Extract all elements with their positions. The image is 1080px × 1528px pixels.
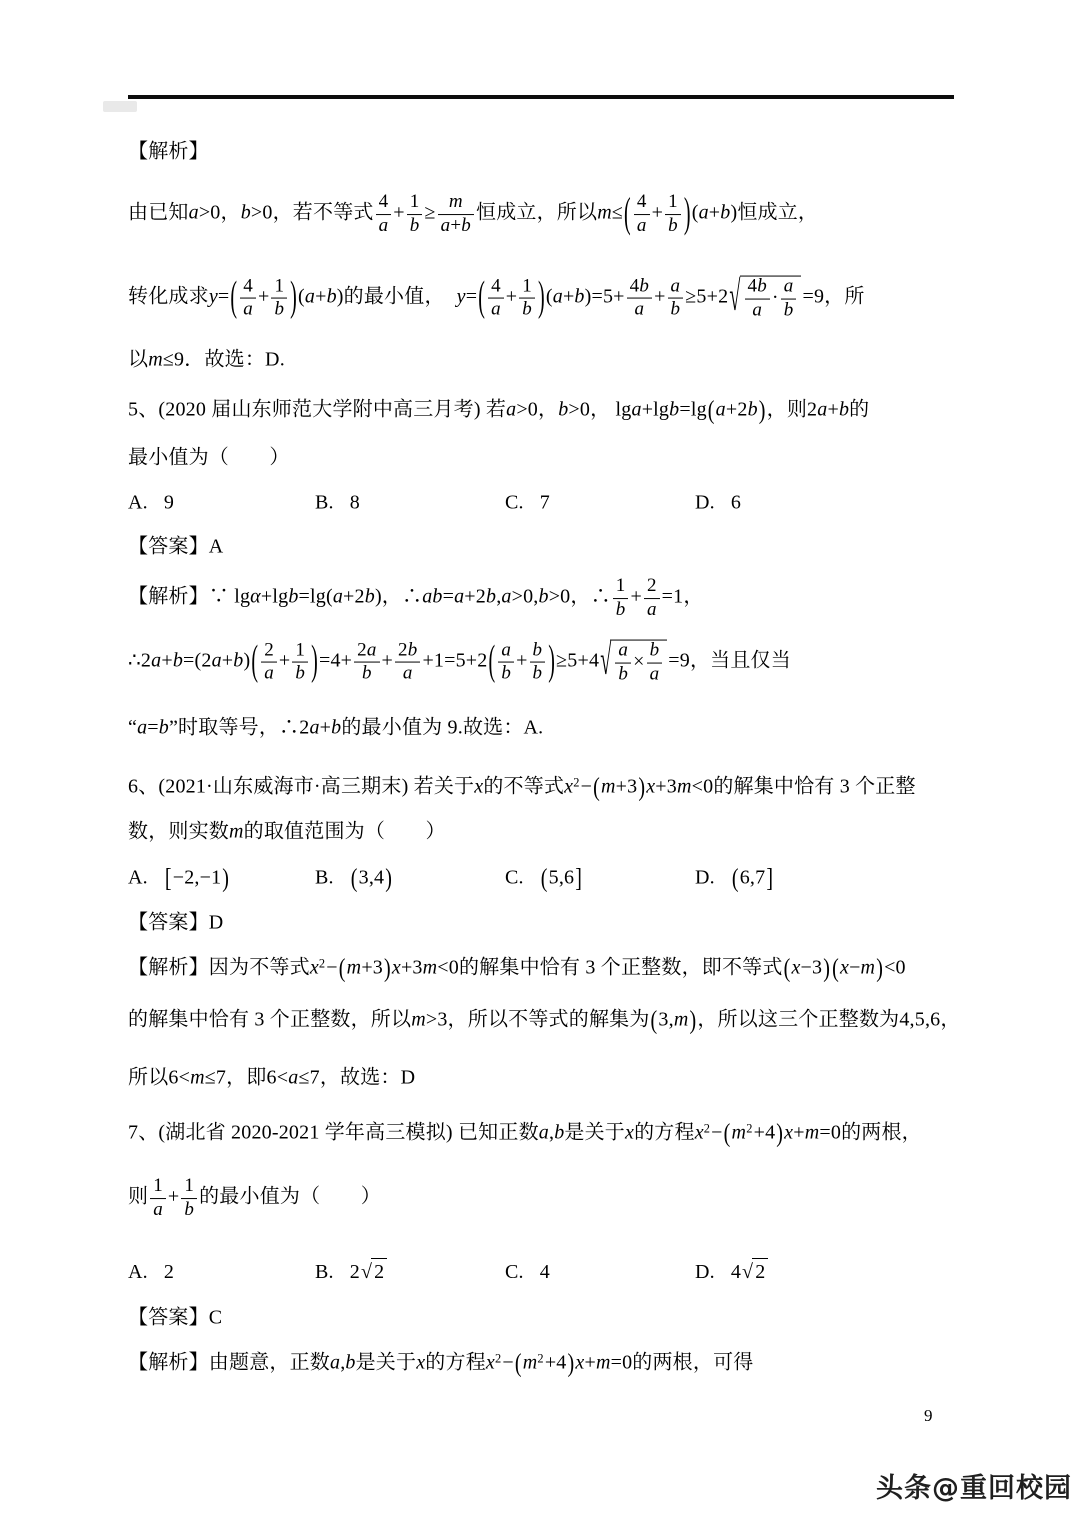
fraction-numerator: 4 xyxy=(488,276,504,298)
q7-statement-line-2: 则1a+1b的最小值为（ ） xyxy=(128,1176,381,1220)
text: 数，则实数 xyxy=(128,821,229,843)
text: ， xyxy=(940,1009,960,1031)
option-a: A.2 xyxy=(128,1259,315,1286)
fraction: bb xyxy=(530,640,546,684)
fraction-numerator: a xyxy=(668,276,684,298)
q5-options: A.9B.8C.7D.6 xyxy=(128,490,741,517)
text: 【解析】∵ lg xyxy=(128,586,250,608)
fraction: ab xyxy=(668,276,684,320)
square-root: √2 xyxy=(742,1258,768,1286)
option-label: C. xyxy=(505,1259,524,1286)
fraction-denominator: a xyxy=(150,1198,166,1220)
text: 最小值为（ ） xyxy=(128,447,290,469)
option-c: C.4 xyxy=(505,1259,695,1286)
text: 的解集中恰有 3 个正整数，所以 xyxy=(128,1009,411,1031)
big-delimiter: ( xyxy=(478,277,485,319)
math-expression: ≥5+4 xyxy=(556,650,599,672)
math-expression: m xyxy=(732,1122,747,1144)
big-delimiter: ) xyxy=(290,277,297,319)
text: 的最小值为（ ） xyxy=(199,1186,381,1208)
math-expression: ∴2a+b=(2a+b) xyxy=(128,650,250,672)
fraction-numerator: 4 xyxy=(240,276,256,298)
fraction: ba xyxy=(647,641,663,685)
fraction: 4a xyxy=(240,276,256,320)
option-label: D. xyxy=(695,865,715,892)
math-expression: −2,−1 xyxy=(173,865,222,892)
big-delimiter: ) xyxy=(823,956,830,982)
option-label: A. xyxy=(128,490,148,517)
big-delimiter: ) xyxy=(689,1008,696,1034)
fraction: 4a xyxy=(488,276,504,320)
text: ，故选：D xyxy=(320,1067,415,1089)
superscript: 2 xyxy=(319,956,325,970)
text: 的方程 xyxy=(425,1352,486,1374)
radicand: 2 xyxy=(752,1258,768,1286)
math-expression: (a+b)=5+ xyxy=(546,286,625,308)
fraction: 4ba xyxy=(745,277,770,321)
text: 的两根， xyxy=(841,1122,922,1144)
fraction-denominator: a xyxy=(376,214,392,236)
math-expression: m xyxy=(229,821,244,843)
text: 的解集中恰有 3 个正整数，即不等式 xyxy=(459,957,783,979)
math-expression: (a+b) xyxy=(692,202,738,224)
fraction: 2ba xyxy=(395,640,420,684)
math-expression: ∴ab=a+2b,a>0,b>0 xyxy=(402,586,570,608)
fraction: 1b xyxy=(271,276,287,320)
math-expression: m≤9 xyxy=(148,349,184,371)
text: 的最小值为 9.故选：A. xyxy=(341,717,543,739)
math-expression: 6<a≤7 xyxy=(267,1067,320,1089)
q5-analysis-line-2: ∴2a+b=(2a+b)(2a+1b)=4+2ab+2ba+1=5+2(ab+b… xyxy=(128,640,791,685)
fraction-numerator: 4b xyxy=(627,276,652,298)
math-expression: x xyxy=(695,1122,704,1144)
q7-options: A.2B.2√2C.4D.4√2 xyxy=(128,1258,769,1286)
text: 4 xyxy=(540,1259,550,1286)
big-delimiter: ( xyxy=(651,1008,658,1034)
math-expression: x+m=0 xyxy=(784,1122,841,1144)
text: “ xyxy=(128,717,137,739)
q5-statement-line-2: 最小值为（ ） xyxy=(128,445,290,472)
math-expression: x xyxy=(625,1122,634,1144)
q6-analysis-line-1: 【解析】因为不等式x2−(m+3)x+3m<0的解集中恰有 3 个正整数，即不等… xyxy=(128,955,906,982)
text: 的解集中恰有 3 个正整 xyxy=(713,776,915,798)
big-delimiter: ] xyxy=(766,865,773,891)
fraction: ab xyxy=(498,640,514,684)
option-d: D.6 xyxy=(695,490,741,517)
q6-options: A.[−2,−1)B.(3,4)C.(5,6]D.(6,7] xyxy=(128,865,774,892)
text: 【解析】 xyxy=(128,141,209,163)
option-b: B.8 xyxy=(315,490,505,517)
math-expression: 3,m xyxy=(658,1009,688,1031)
text: ，所 xyxy=(824,286,864,308)
fraction-denominator: b xyxy=(354,662,379,684)
text: ， xyxy=(538,399,558,421)
top-divider xyxy=(128,95,954,99)
q5-statement-line-1: 5、(2020 届山东师范大学附中高三月考) 若a>0，b>0， lga+lgb… xyxy=(128,397,869,424)
big-delimiter: ) xyxy=(638,775,645,801)
math-expression: =9 xyxy=(802,286,824,308)
big-delimiter: ) xyxy=(548,641,555,683)
math-expression: m+3 xyxy=(601,776,637,798)
big-delimiter: ) xyxy=(385,865,392,891)
fraction-numerator: 2b xyxy=(395,640,420,662)
math-expression: 6<m≤7 xyxy=(168,1067,226,1089)
fraction-denominator: b xyxy=(615,663,631,685)
text: ，即 xyxy=(226,1067,266,1089)
math-expression: x−m xyxy=(840,957,875,979)
math-expression: x xyxy=(564,776,573,798)
text: lg xyxy=(653,399,669,421)
text: 【答案】C xyxy=(128,1307,222,1329)
option-d: D.4√2 xyxy=(695,1258,769,1286)
option-a: A.[−2,−1) xyxy=(128,865,315,892)
text: 7 xyxy=(540,490,550,517)
math-expression: x+m=0 xyxy=(575,1352,632,1374)
fraction-numerator: 1 xyxy=(407,192,423,214)
math-expression: − xyxy=(711,1122,722,1144)
big-delimiter: ( xyxy=(732,865,739,891)
big-delimiter: ( xyxy=(351,865,358,891)
fraction: 1b xyxy=(407,192,423,236)
text: 的两根，可得 xyxy=(632,1352,753,1374)
math-expression: + xyxy=(630,586,641,608)
math-expression: +4 xyxy=(754,1122,776,1144)
option-label: A. xyxy=(128,865,148,892)
text: 的 xyxy=(849,399,869,421)
analysis-label-q4: 【解析】 xyxy=(128,139,209,166)
fraction-denominator: a xyxy=(634,214,650,236)
fraction-numerator: 1 xyxy=(271,276,287,298)
text: 所以 xyxy=(128,1067,168,1089)
math-expression: y= xyxy=(457,286,478,308)
text: ”时取等号， xyxy=(169,717,279,739)
text: 6 xyxy=(731,490,741,517)
text: )， xyxy=(375,586,402,608)
text: 5、(2020 届山东师范大学附中高三月考) 若 xyxy=(128,399,506,421)
math-expression: 5,6 xyxy=(549,865,575,892)
math-expression: =4+ xyxy=(319,650,352,672)
math-expression: b>0 xyxy=(241,202,273,224)
fraction: ab xyxy=(615,641,631,685)
math-expression: = xyxy=(679,399,690,421)
math-expression: + xyxy=(393,202,404,224)
text: 6、(2021·山东威海市·高三期末) 若关于 xyxy=(128,776,474,798)
math-expression: ≥5+2 xyxy=(685,286,728,308)
q6-analysis-line-2: 的解集中恰有 3 个正整数，所以m>3，所以不等式的解集为(3,m)，所以这三个… xyxy=(128,1007,961,1034)
math-expression: + xyxy=(516,650,527,672)
text: ．故选：D. xyxy=(184,349,285,371)
text: 【解析】因为不等式 xyxy=(128,957,310,979)
math-expression: + xyxy=(654,286,665,308)
fraction-denominator: b xyxy=(271,298,287,320)
text: 由已知 xyxy=(128,202,189,224)
option-label: D. xyxy=(695,490,715,517)
big-delimiter: ( xyxy=(624,193,631,235)
math-expression: + xyxy=(168,1186,179,1208)
superscript: 2 xyxy=(495,1351,501,1365)
big-delimiter: ) xyxy=(684,193,691,235)
math-expression: · xyxy=(772,285,779,312)
fraction-numerator: 1 xyxy=(181,1176,197,1198)
math-expression: x xyxy=(310,957,319,979)
fraction-numerator: 2 xyxy=(644,576,660,598)
option-d: D.(6,7] xyxy=(695,865,774,892)
fraction-numerator: 1 xyxy=(665,192,681,214)
big-delimiter: ( xyxy=(339,956,346,982)
big-delimiter: ( xyxy=(724,1121,731,1147)
q6-statement-line-2: 数，则实数m的取值范围为（ ） xyxy=(128,819,446,846)
math-expression: + xyxy=(279,650,290,672)
big-delimiter: ( xyxy=(832,956,839,982)
option-c: C.7 xyxy=(505,490,695,517)
text: 2 xyxy=(374,1259,384,1286)
math-expression: a,b xyxy=(539,1122,565,1144)
fraction-numerator: 2a xyxy=(354,640,379,662)
math-expression: y= xyxy=(209,286,230,308)
q7-answer: 【答案】C xyxy=(128,1305,222,1332)
fraction: 1b xyxy=(519,276,535,320)
text: 8 xyxy=(350,490,360,517)
fraction-denominator: b xyxy=(498,662,514,684)
radicand: 4ba·ab xyxy=(740,276,802,321)
fraction: 2ab xyxy=(354,640,379,684)
big-delimiter: ( xyxy=(541,865,548,891)
text: 9 xyxy=(164,490,174,517)
math-expression: +1=5+2 xyxy=(422,650,487,672)
fraction-denominator: a xyxy=(488,298,504,320)
math-expression: ≥ xyxy=(424,202,435,224)
math-expression: <0 xyxy=(884,957,906,979)
math-expression: =9 xyxy=(668,650,690,672)
math-expression: + xyxy=(382,650,393,672)
text: 的方程 xyxy=(634,1122,695,1144)
math-expression: b xyxy=(669,399,679,421)
fraction-denominator: a+b xyxy=(438,214,474,236)
math-expression: m xyxy=(523,1352,538,1374)
q4-analysis-line-3: 以m≤9．故选：D. xyxy=(128,347,285,374)
math-expression: x+3m<0 xyxy=(646,776,713,798)
text: 【答案】A xyxy=(128,536,223,558)
big-delimiter: ( xyxy=(784,956,791,982)
fraction-denominator: b xyxy=(519,298,535,320)
fraction: ab xyxy=(781,277,797,321)
q4-analysis-line-2: 转化成求y=(4a+1b)(a+b)的最小值，y=(4a+1b)(a+b)=5+… xyxy=(128,276,865,321)
fraction-numerator: 4b xyxy=(745,277,770,299)
fraction-numerator: a xyxy=(498,640,514,662)
math-expression: x xyxy=(474,776,483,798)
text: ，则 xyxy=(767,399,807,421)
page-number: 9 xyxy=(924,1406,933,1426)
fraction-numerator: 1 xyxy=(150,1176,166,1198)
text: 是关于 xyxy=(356,1352,417,1374)
fraction-denominator: b xyxy=(668,298,684,320)
fraction-denominator: a xyxy=(647,663,663,685)
text: 7、(湖北省 2020-2021 学年高三模拟) 已知正数 xyxy=(128,1122,539,1144)
big-delimiter: ( xyxy=(251,641,258,683)
option-c: C.(5,6] xyxy=(505,865,695,892)
fraction-denominator: a xyxy=(745,299,770,321)
square-root: √2 xyxy=(361,1258,387,1286)
text: 【解析】由题意，正数 xyxy=(128,1352,330,1374)
option-label: C. xyxy=(505,865,524,892)
text: 的最小值， xyxy=(344,286,445,308)
q6-analysis-line-3: 所以6<m≤7，即6<a≤7，故选：D xyxy=(128,1065,415,1092)
text: 的取值范围为（ ） xyxy=(244,821,446,843)
fraction-numerator: 1 xyxy=(613,576,629,598)
option-label: C. xyxy=(505,490,524,517)
text: ，当且仅当 xyxy=(690,650,791,672)
math-expression: − xyxy=(581,776,592,798)
math-expression: 4,5,6 xyxy=(899,1009,940,1031)
option-label: A. xyxy=(128,1259,148,1286)
big-delimiter: ) xyxy=(759,398,766,424)
fraction-denominator: b xyxy=(665,214,681,236)
math-expression: + xyxy=(652,202,663,224)
fraction-denominator: a xyxy=(627,298,652,320)
math-expression: x xyxy=(486,1352,495,1374)
math-expression: + xyxy=(506,286,517,308)
fraction-numerator: 1 xyxy=(292,640,308,662)
superscript: 2 xyxy=(704,1121,710,1135)
text: 【答案】D xyxy=(128,912,223,934)
option-label: B. xyxy=(315,490,334,517)
superscript: 2 xyxy=(537,1351,543,1365)
fraction: 4ba xyxy=(627,276,652,320)
big-delimiter: ) xyxy=(384,956,391,982)
math-expression: m+3 xyxy=(347,957,383,979)
math-expression: + xyxy=(642,399,653,421)
math-expression: a>0 xyxy=(506,399,538,421)
math-expression: 3,4 xyxy=(359,865,385,892)
math-expression: x+3m<0 xyxy=(392,957,459,979)
big-delimiter: ) xyxy=(776,1121,783,1147)
math-expression: a xyxy=(631,399,641,421)
fraction: 1a xyxy=(150,1176,166,1220)
text: ，所以不等式的解集为 xyxy=(448,1009,650,1031)
option-label: B. xyxy=(315,865,334,892)
fraction-numerator: 4 xyxy=(376,192,392,214)
fraction-denominator: a xyxy=(261,662,277,684)
fraction-denominator: a xyxy=(644,598,660,620)
scan-smudge xyxy=(103,101,137,112)
big-delimiter: ( xyxy=(488,641,495,683)
text: 4 xyxy=(731,1259,741,1286)
math-expression: a+2b xyxy=(716,399,758,421)
big-delimiter: ( xyxy=(515,1351,522,1377)
math-expression: b xyxy=(288,586,298,608)
math-expression: x xyxy=(416,1352,425,1374)
fraction-numerator: b xyxy=(647,641,663,663)
option-b: B.2√2 xyxy=(315,1258,505,1286)
text: ， xyxy=(683,586,703,608)
q5-answer: 【答案】A xyxy=(128,534,223,561)
text: lg xyxy=(610,399,631,421)
fraction: 4a xyxy=(376,192,392,236)
text: 以 xyxy=(128,349,148,371)
option-a: A.9 xyxy=(128,490,315,517)
q6-answer: 【答案】D xyxy=(128,910,223,937)
fraction: 1b xyxy=(181,1176,197,1220)
fraction: 2a xyxy=(261,640,277,684)
math-expression: ∴2a+b xyxy=(279,717,341,739)
option-label: D. xyxy=(695,1259,715,1286)
math-expression: + xyxy=(258,286,269,308)
big-delimiter: ) xyxy=(311,641,318,683)
math-expression: a,b xyxy=(330,1352,356,1374)
fraction-denominator: b xyxy=(292,662,308,684)
fraction-denominator: b xyxy=(781,299,797,321)
math-expression: (a+b) xyxy=(298,286,344,308)
text: ， xyxy=(590,399,610,421)
fraction-numerator: 4 xyxy=(634,192,650,214)
text: ，∴ xyxy=(570,586,610,608)
radicand: ab×ba xyxy=(610,640,667,685)
fraction-numerator: 2 xyxy=(261,640,277,662)
fraction-denominator: b xyxy=(530,662,546,684)
fraction: 1b xyxy=(613,576,629,620)
text: 恒成立，所以 xyxy=(476,202,597,224)
option-b: B.(3,4) xyxy=(315,865,505,892)
superscript: 2 xyxy=(746,1121,752,1135)
fraction: 2a xyxy=(644,576,660,620)
text: 则 xyxy=(128,1186,148,1208)
text: ， xyxy=(221,202,241,224)
fraction-denominator: b xyxy=(181,1198,197,1220)
big-delimiter: [ xyxy=(165,865,172,891)
text: lg( xyxy=(310,586,333,608)
text: 转化成求 xyxy=(128,286,209,308)
text: ，若不等式 xyxy=(273,202,374,224)
big-delimiter: ] xyxy=(575,865,582,891)
q5-analysis-line-3: “a=b”时取等号，∴2a+b的最小值为 9.故选：A. xyxy=(128,715,543,742)
fraction-numerator: 1 xyxy=(519,276,535,298)
radical-sign: √ xyxy=(729,277,740,319)
big-delimiter: ) xyxy=(538,277,545,319)
fraction-denominator: a xyxy=(395,662,420,684)
fraction: ma+b xyxy=(438,192,474,236)
square-root: √ab×ba xyxy=(600,640,667,685)
text: 2 xyxy=(755,1259,765,1286)
q7-analysis-line-1: 【解析】由题意，正数a,b是关于x的方程x2−(m2+4)x+m=0的两根，可得 xyxy=(128,1350,753,1377)
math-expression: − xyxy=(502,1352,513,1374)
math-expression: + xyxy=(261,586,272,608)
math-expression: a+2b xyxy=(333,586,375,608)
math-expression: 2a+b xyxy=(807,399,849,421)
math-expression: 6,7 xyxy=(740,865,766,892)
fraction-denominator: b xyxy=(613,598,629,620)
radicand: 2 xyxy=(371,1258,387,1286)
big-delimiter: ) xyxy=(876,956,883,982)
math-expression: a>0 xyxy=(189,202,221,224)
fraction-denominator: b xyxy=(407,214,423,236)
big-delimiter: ( xyxy=(593,775,600,801)
math-expression: × xyxy=(633,649,644,676)
text: 2 xyxy=(164,1259,174,1286)
fraction-numerator: b xyxy=(530,640,546,662)
fraction-denominator: a xyxy=(240,298,256,320)
watermark: 头条@重回校园 xyxy=(876,1466,1072,1505)
fraction-numerator: a xyxy=(781,277,797,299)
q5-analysis-line-1: 【解析】∵ lgα+lgb=lg(a+2b)，∴ab=a+2b,a>0,b>0，… xyxy=(128,576,704,620)
fraction: 1b xyxy=(292,640,308,684)
text: lg xyxy=(691,399,707,421)
text: ，所以这三个正整数为 xyxy=(697,1009,899,1031)
math-expression: a=b xyxy=(137,717,169,739)
q7-statement-line-1: 7、(湖北省 2020-2021 学年高三模拟) 已知正数a,b是关于x的方程x… xyxy=(128,1120,922,1147)
superscript: 2 xyxy=(573,775,579,789)
math-expression: x−3 xyxy=(791,957,822,979)
fraction: 4a xyxy=(634,192,650,236)
